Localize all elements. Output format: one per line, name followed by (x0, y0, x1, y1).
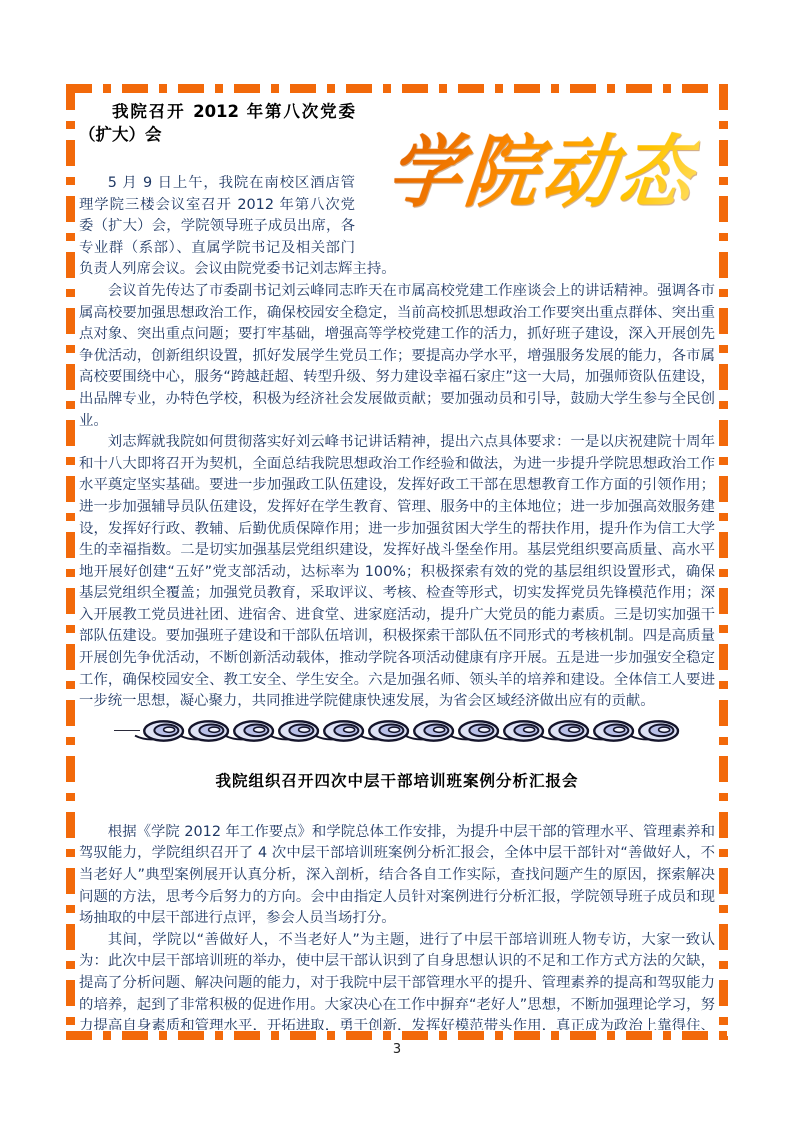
swirl-ornament-icon (628, 719, 680, 743)
article2-paragraph-1: 根据《学院 2012 年工作要点》和学院总体工作安排，为提升中层干部的管理水平、… (79, 822, 715, 930)
page-border-top (66, 84, 728, 93)
page-content: 学院动态 我院召开 2012 年第八次党委（扩大）会 5 月 9 日上午，我院在… (79, 98, 715, 1030)
page-border: 学院动态 我院召开 2012 年第八次党委（扩大）会 5 月 9 日上午，我院在… (66, 84, 728, 1040)
swirl-divider (79, 718, 715, 744)
article1-paragraph-2: 会议首先传达了市委副书记刘云峰同志昨天在市属高校党建工作座谈会上的讲话精神。强调… (79, 281, 715, 432)
article2-title: 我院组织召开四次中层干部培训班案例分析汇报会 (79, 769, 715, 791)
page-border-right (719, 84, 728, 1040)
page-border-bottom (66, 1031, 728, 1040)
page-number: 3 (0, 1042, 794, 1057)
masthead-wordart: 学院动态 (367, 98, 715, 234)
document-page: 学院动态 我院召开 2012 年第八次党委（扩大）会 5 月 9 日上午，我院在… (0, 0, 794, 1123)
page-border-left (66, 84, 75, 1040)
wordart-text: 学院动态 (383, 108, 703, 221)
article1-paragraph-3: 刘志辉就我院如何贯彻落实好刘云峰书记讲话精神，提出六点具体要求：一是以庆祝建院十… (79, 432, 715, 713)
article2-paragraph-2: 其间，学院以“善做好人，不当老好人”为主题，进行了中层干部培训班人物专访，大家一… (79, 930, 715, 1030)
